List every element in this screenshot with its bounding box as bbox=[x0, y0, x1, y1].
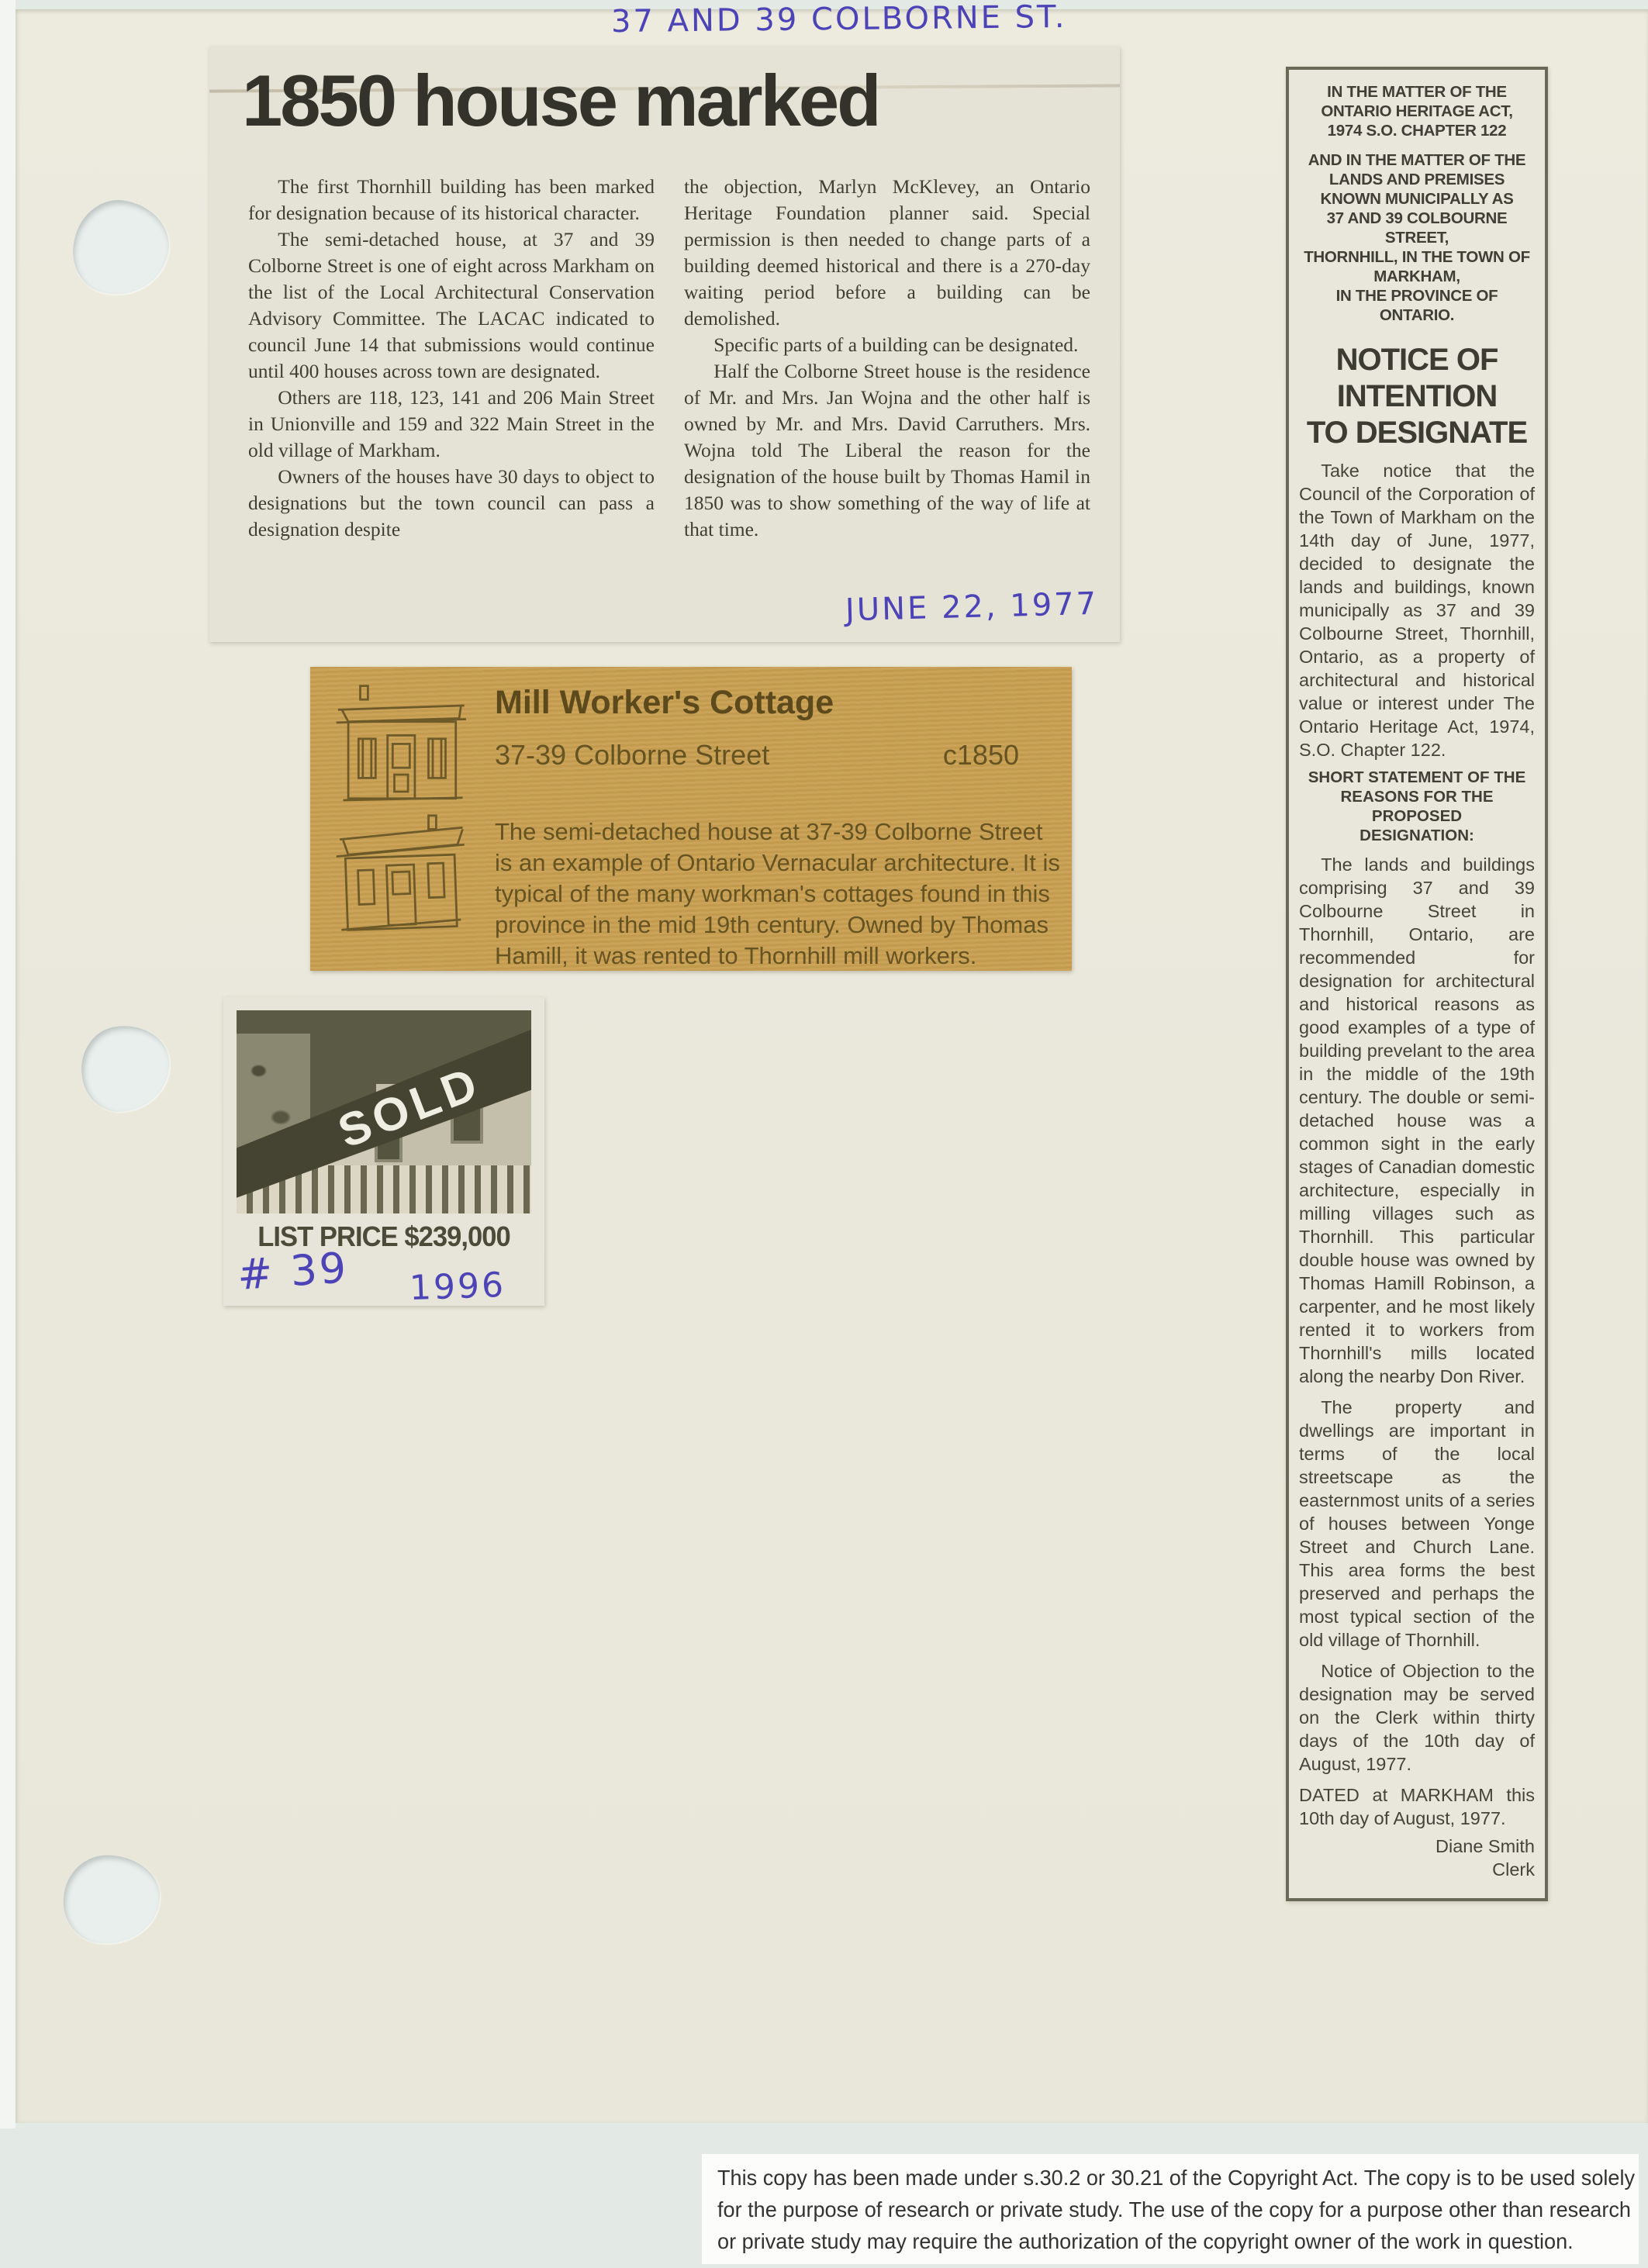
notice-subheading-line: DESIGNATION: bbox=[1299, 826, 1535, 845]
notice-signature-name: Diane Smith bbox=[1299, 1835, 1535, 1858]
notice-signature-title: Clerk bbox=[1299, 1858, 1535, 1881]
punch-hole-middle bbox=[78, 1021, 174, 1115]
notice-heading-line: TO DESIGNATE bbox=[1299, 415, 1535, 451]
notice-case-line: IN THE PROVINCE OF ONTARIO. bbox=[1299, 286, 1535, 325]
handwritten-date: JUNE 22, 1977 bbox=[845, 586, 1098, 629]
notice-case-line: 37 AND 39 COLBOURNE STREET, bbox=[1299, 209, 1535, 247]
article-paragraph: The semi-detached house, at 37 and 39 Co… bbox=[248, 226, 655, 385]
notice-case-line: LANDS AND PREMISES bbox=[1299, 170, 1535, 189]
notice-case-line: ONTARIO HERITAGE ACT, bbox=[1299, 102, 1535, 121]
article-body: The first Thornhill building has been ma… bbox=[248, 174, 1090, 543]
notice-case-line: IN THE MATTER OF THE bbox=[1299, 82, 1535, 102]
article-paragraph: Others are 118, 123, 141 and 206 Main St… bbox=[248, 385, 655, 464]
article-paragraph: Specific parts of a building can be desi… bbox=[684, 332, 1090, 358]
article-headline: 1850 house marked bbox=[242, 59, 879, 143]
notice-subheading: SHORT STATEMENT OF THE REASONS FOR THE P… bbox=[1299, 768, 1535, 845]
cottage-card-circa: c1850 bbox=[943, 739, 1019, 772]
cottage-card-address-row: 37-39 Colborne Street c1850 bbox=[495, 739, 1050, 772]
notice-case-line: 1974 S.O. CHAPTER 122 bbox=[1299, 121, 1535, 140]
copyright-stamp-line: This copy has been made under s.30.2 or … bbox=[717, 2162, 1609, 2194]
article-paragraph: The first Thornhill building has been ma… bbox=[248, 174, 655, 226]
article-paragraph: the objection, Marlyn McKlevey, an Ontar… bbox=[684, 174, 1090, 332]
cottage-info-card: Mill Worker's Cottage 37-39 Colborne Str… bbox=[310, 667, 1072, 971]
cottage-card-description: The semi-detached house at 37-39 Colborn… bbox=[495, 816, 1061, 972]
notice-main-heading: NOTICE OF INTENTION TO DESIGNATE bbox=[1299, 342, 1535, 451]
notice-paragraph: The lands and buildings comprising 37 an… bbox=[1299, 853, 1535, 1388]
notice-paragraph: Take notice that the Council of the Corp… bbox=[1299, 459, 1535, 761]
house-photo: SOLD bbox=[237, 1010, 531, 1213]
real-estate-listing-clipping: SOLD LIST PRICE $239,000 # 39 1996 bbox=[223, 997, 544, 1306]
article-paragraph: Half the Colborne Street house is the re… bbox=[684, 358, 1090, 543]
notice-case-header-2: AND IN THE MATTER OF THE LANDS AND PREMI… bbox=[1299, 150, 1535, 325]
notice-case-line: THORNHILL, IN THE TOWN OF bbox=[1299, 247, 1535, 267]
notice-signature: Diane Smith Clerk bbox=[1299, 1835, 1535, 1881]
notice-case-line: AND IN THE MATTER OF THE bbox=[1299, 150, 1535, 170]
handwritten-street-title: 37 AND 39 COLBORNE ST. bbox=[611, 0, 1067, 40]
newspaper-clipping-article: 1850 house marked The first Thornhill bu… bbox=[209, 47, 1120, 642]
notice-paragraph: The property and dwellings are important… bbox=[1299, 1396, 1535, 1652]
notice-subheading-line: SHORT STATEMENT OF THE bbox=[1299, 768, 1535, 787]
notice-paragraph: Notice of Objection to the designation m… bbox=[1299, 1659, 1535, 1776]
cottage-card-address: 37-39 Colborne Street bbox=[495, 739, 769, 772]
handwritten-year: 1996 bbox=[409, 1265, 506, 1308]
copyright-stamp-line: for the purpose of research or private s… bbox=[717, 2194, 1609, 2225]
copyright-stamp-line: or private study may require the authori… bbox=[717, 2225, 1609, 2257]
notice-case-header-1: IN THE MATTER OF THE ONTARIO HERITAGE AC… bbox=[1299, 82, 1535, 140]
handwritten-house-number: # 39 bbox=[236, 1243, 350, 1300]
scanned-scrapbook-page: 37 AND 39 COLBORNE ST. 1850 house marked… bbox=[0, 0, 1648, 2268]
article-column-left: The first Thornhill building has been ma… bbox=[248, 174, 655, 543]
copyright-stamp: This copy has been made under s.30.2 or … bbox=[702, 2154, 1639, 2264]
notice-case-line: MARKHAM, bbox=[1299, 267, 1535, 286]
notice-dated-line: DATED at MARKHAM this 10th day of August… bbox=[1299, 1783, 1535, 1830]
punch-hole-bottom bbox=[60, 1852, 163, 1947]
article-paragraph: Owners of the houses have 30 days to obj… bbox=[248, 464, 655, 543]
notice-subheading-line: REASONS FOR THE PROPOSED bbox=[1299, 787, 1535, 826]
house-sketch-icon bbox=[333, 681, 481, 937]
notice-heading-line: INTENTION bbox=[1299, 378, 1535, 415]
notice-heading-line: NOTICE OF bbox=[1299, 342, 1535, 378]
article-column-right: the objection, Marlyn McKlevey, an Ontar… bbox=[684, 174, 1090, 543]
notice-case-line: KNOWN MUNICIPALLY AS bbox=[1299, 189, 1535, 209]
punch-hole-top bbox=[65, 192, 178, 305]
cottage-card-text: Mill Worker's Cottage 37-39 Colborne Str… bbox=[495, 684, 1050, 972]
scanner-edge bbox=[0, 0, 16, 2128]
cottage-card-title: Mill Worker's Cottage bbox=[495, 684, 1050, 722]
designation-notice-clipping: IN THE MATTER OF THE ONTARIO HERITAGE AC… bbox=[1286, 67, 1548, 1901]
